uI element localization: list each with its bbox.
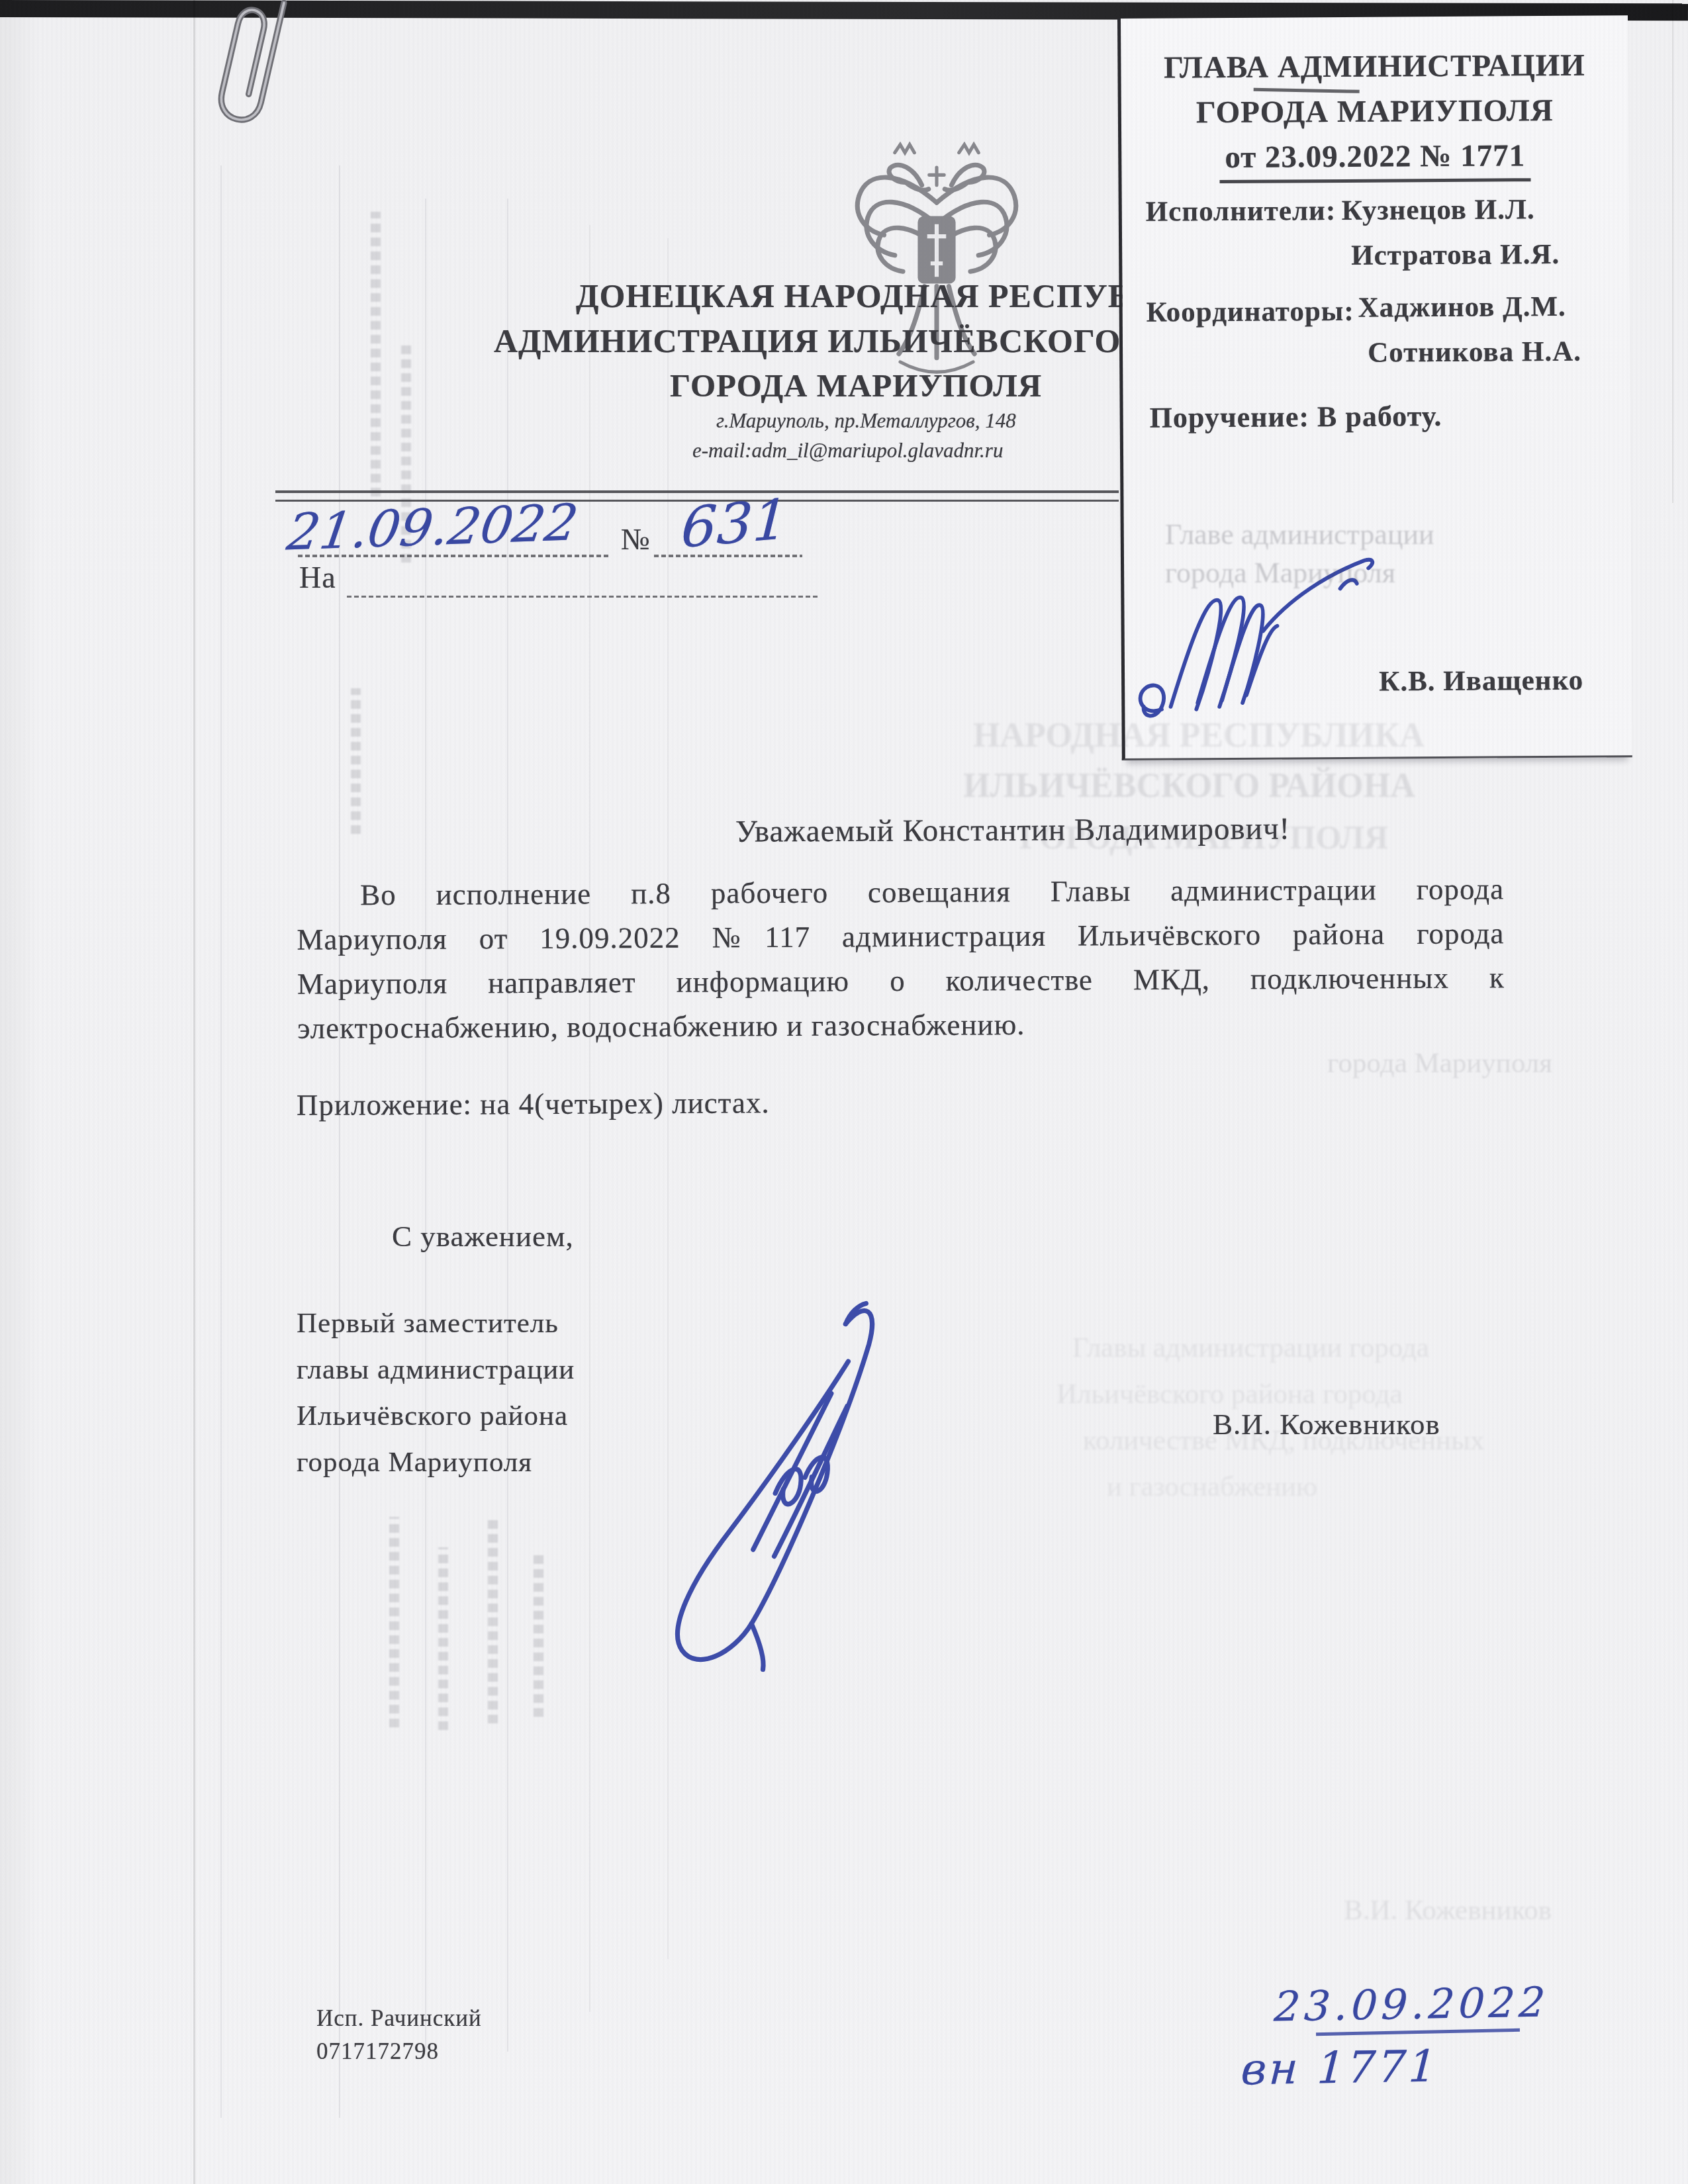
body-paragraph-line: Во исполнение п.8 рабочего совещания Гла… bbox=[297, 872, 1504, 913]
sheet-left-edge bbox=[193, 0, 195, 2184]
letterhead-email-line: e-mail:adm_il@mariupol.glavadnr.ru bbox=[692, 439, 1003, 463]
kozhevnikov-signature bbox=[556, 1266, 1006, 1692]
outgoing-number-handwritten: 631 bbox=[680, 486, 790, 561]
received-date-handwritten: 23.09.2022 bbox=[1273, 1978, 1550, 2030]
signer-title-line: Первый заместитель bbox=[297, 1307, 559, 1340]
slip-title-line2: ГОРОДА МАРИУПОЛЯ bbox=[1121, 92, 1628, 131]
number-underline bbox=[654, 555, 802, 557]
ghost-body-echo: и газоснабжению bbox=[1107, 1471, 1317, 1503]
slip-date-number-line: от 23.09.2022 № 1771 bbox=[1219, 138, 1530, 183]
bleed-through-text-smudge bbox=[438, 1547, 448, 1730]
bleed-through-text-smudge bbox=[351, 688, 361, 834]
slip-coordinators-label: Координаторы: bbox=[1147, 295, 1354, 329]
body-paragraph-line: Мариуполя от 19.09.2022 №117 администрац… bbox=[297, 916, 1504, 957]
body-paragraph-line: электроснабжению, водоснабжению и газосн… bbox=[297, 1005, 1505, 1046]
coat-of-arms-emblem bbox=[835, 122, 1038, 407]
number-sign: № bbox=[621, 522, 651, 557]
bleed-through-line bbox=[220, 165, 222, 2118]
reply-to-label: На bbox=[299, 560, 336, 595]
slip-coordinator-name: Хаджинов Д.М. bbox=[1358, 291, 1566, 324]
sheet-right-edge bbox=[1672, 0, 1673, 503]
slip-executor-name: Истратова И.Я. bbox=[1351, 238, 1560, 272]
ghost-city-echo: города Мариуполя bbox=[1327, 1047, 1552, 1079]
date-underline bbox=[298, 555, 610, 557]
bleed-through-text-smudge bbox=[534, 1551, 543, 1717]
reply-to-underline bbox=[347, 596, 820, 598]
bleed-through-line bbox=[507, 199, 508, 2052]
ivashchenko-signature bbox=[1124, 535, 1409, 747]
closing-line: С уважением, bbox=[392, 1219, 574, 1253]
kozhevnikov-name: В.И. Кожевников bbox=[1213, 1407, 1440, 1441]
executor-footer: Исп. Рачинский bbox=[316, 2005, 482, 2032]
ghost-body-echo: Ильичёвского района города bbox=[1056, 1378, 1403, 1410]
letterhead-city-line: ГОРОДА МАРИУПОЛЯ bbox=[670, 367, 1042, 404]
bleed-through-line bbox=[425, 199, 426, 2052]
paperclip-icon bbox=[191, 0, 303, 154]
ghost-signer-echo: В.И. Кожевников bbox=[1344, 1894, 1552, 1927]
pen-underline-artifact bbox=[1254, 88, 1360, 93]
attachment-line: Приложение: на 4(четырех) листах. bbox=[297, 1085, 770, 1122]
slip-executors-label: Исполнители: bbox=[1146, 195, 1336, 228]
bleed-through-line bbox=[339, 165, 340, 2118]
scanned-letter-page: ДОНЕЦКАЯ НАРОДНАЯ РЕСПУБЛИКА АДМИНИСТРАЦ… bbox=[0, 0, 1688, 2184]
ivashchenko-name: К.В. Иващенко bbox=[1379, 664, 1583, 698]
executor-phone: 0717172798 bbox=[316, 2038, 439, 2065]
slip-title-line1: ГЛАВА АДМИНИСТРАЦИИ bbox=[1121, 47, 1628, 86]
received-number-handwritten: вн 1771 bbox=[1240, 2040, 1440, 2095]
bleed-through-text-smudge bbox=[389, 1517, 399, 1727]
bleed-through-text-smudge bbox=[371, 212, 381, 496]
outgoing-date-handwritten: 21.09.2022 bbox=[284, 492, 582, 561]
ghost-letterhead-echo: ИЛЬИЧЁВСКОГО РАЙОНА bbox=[963, 766, 1415, 805]
signer-title-line: главы администрации bbox=[297, 1353, 575, 1386]
slip-assignment-line: Поручение: В работу. bbox=[1150, 399, 1442, 435]
greeting: Уважаемый Константин Владимирович! bbox=[735, 811, 1291, 848]
ghost-body-echo: Главы администрации города bbox=[1072, 1332, 1429, 1364]
body-paragraph-line: Мариуполя направляет информацию о количе… bbox=[297, 960, 1505, 1001]
slip-executor-name: Кузнецов И.Л. bbox=[1342, 193, 1535, 227]
signer-title-line: города Мариуполя bbox=[297, 1446, 532, 1479]
slip-coordinator-name: Сотникова Н.А. bbox=[1368, 336, 1581, 369]
signer-title-line: Ильичёвского района bbox=[297, 1400, 568, 1432]
bleed-through-text-smudge bbox=[488, 1520, 498, 1723]
letterhead-address-line: г.Мариуполь, пр.Металлургов, 148 bbox=[716, 409, 1016, 433]
